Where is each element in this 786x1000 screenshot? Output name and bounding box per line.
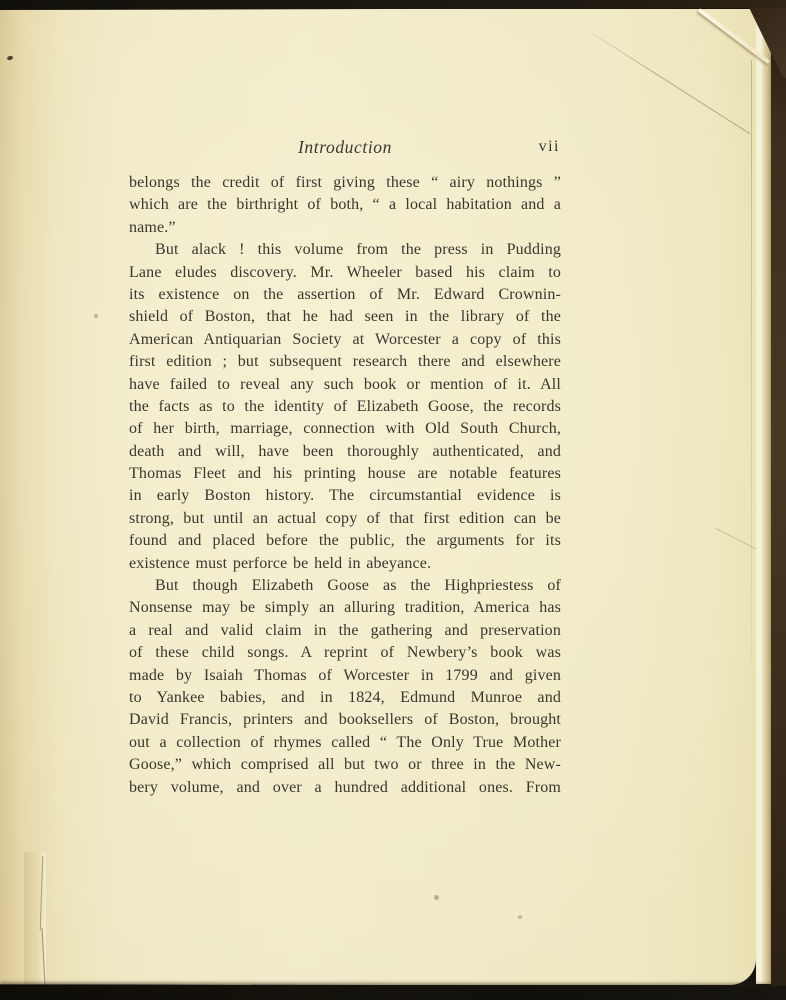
page-edge-crease	[751, 60, 752, 660]
text-line: Lane eludes discovery. Mr. Wheeler based…	[129, 262, 561, 284]
text-line: to Yankee babies, and in 1824, Edmund Mu…	[129, 687, 561, 709]
text-line: the facts as to the identity of Elizabet…	[129, 396, 561, 418]
text-line: its existence on the assertion of Mr. Ed…	[129, 284, 561, 306]
scan-border-bottom	[0, 984, 786, 1000]
text-line: which are the birthright of both, “ a lo…	[129, 194, 561, 216]
paper-speck	[518, 915, 522, 919]
text-line: death and will, have been thoroughly aut…	[129, 441, 561, 463]
text-line: David Francis, printers and booksellers …	[129, 709, 561, 731]
text-line: have failed to reveal any such book or m…	[129, 374, 561, 396]
text-line: first edition ; but subsequent research …	[129, 351, 561, 373]
body-text: belongs the credit of first giving these…	[129, 172, 561, 799]
text-line: Goose,” which comprised all but two or t…	[129, 754, 561, 776]
page-edge-stack	[756, 6, 771, 984]
text-block: Introduction vii belongs the credit of f…	[129, 137, 561, 799]
text-line: of her birth, marriage, connection with …	[129, 418, 561, 440]
book-page-scan: Introduction vii belongs the credit of f…	[0, 0, 786, 1000]
text-line: Nonsense may be simply an alluring tradi…	[129, 597, 561, 619]
text-line: of these child songs. A reprint of Newbe…	[129, 642, 561, 664]
text-line: name.”	[129, 217, 561, 239]
text-line: shield of Boston, that he had seen in th…	[129, 306, 561, 328]
text-line: But alack ! this volume from the press i…	[129, 239, 561, 261]
book-cover-edge	[771, 0, 786, 992]
text-line: belongs the credit of first giving these…	[129, 172, 561, 194]
paper-speck	[434, 895, 439, 900]
running-head: Introduction vii	[129, 137, 561, 161]
page-number: vii	[539, 138, 560, 156]
text-line: American Antiquarian Society at Worceste…	[129, 329, 561, 351]
text-line: existence must perforce be held in abeya…	[129, 553, 561, 575]
text-line: in early Boston history. The circumstant…	[129, 485, 561, 507]
paper-speck	[94, 314, 98, 318]
text-line: But though Elizabeth Goose as the Highpr…	[129, 575, 561, 597]
text-line: out a collection of rhymes called “ The …	[129, 732, 561, 754]
text-line: Thomas Fleet and his printing house are …	[129, 463, 561, 485]
text-line: strong, but until an actual copy of that…	[129, 508, 561, 530]
text-line: found and placed before the public, the …	[129, 530, 561, 552]
text-line: a real and valid claim in the gathering …	[129, 620, 561, 642]
text-line: made by Isaiah Thomas of Worcester in 17…	[129, 665, 561, 687]
text-line: bery volume, and over a hundred addition…	[129, 777, 561, 799]
page-title: Introduction	[129, 137, 561, 158]
